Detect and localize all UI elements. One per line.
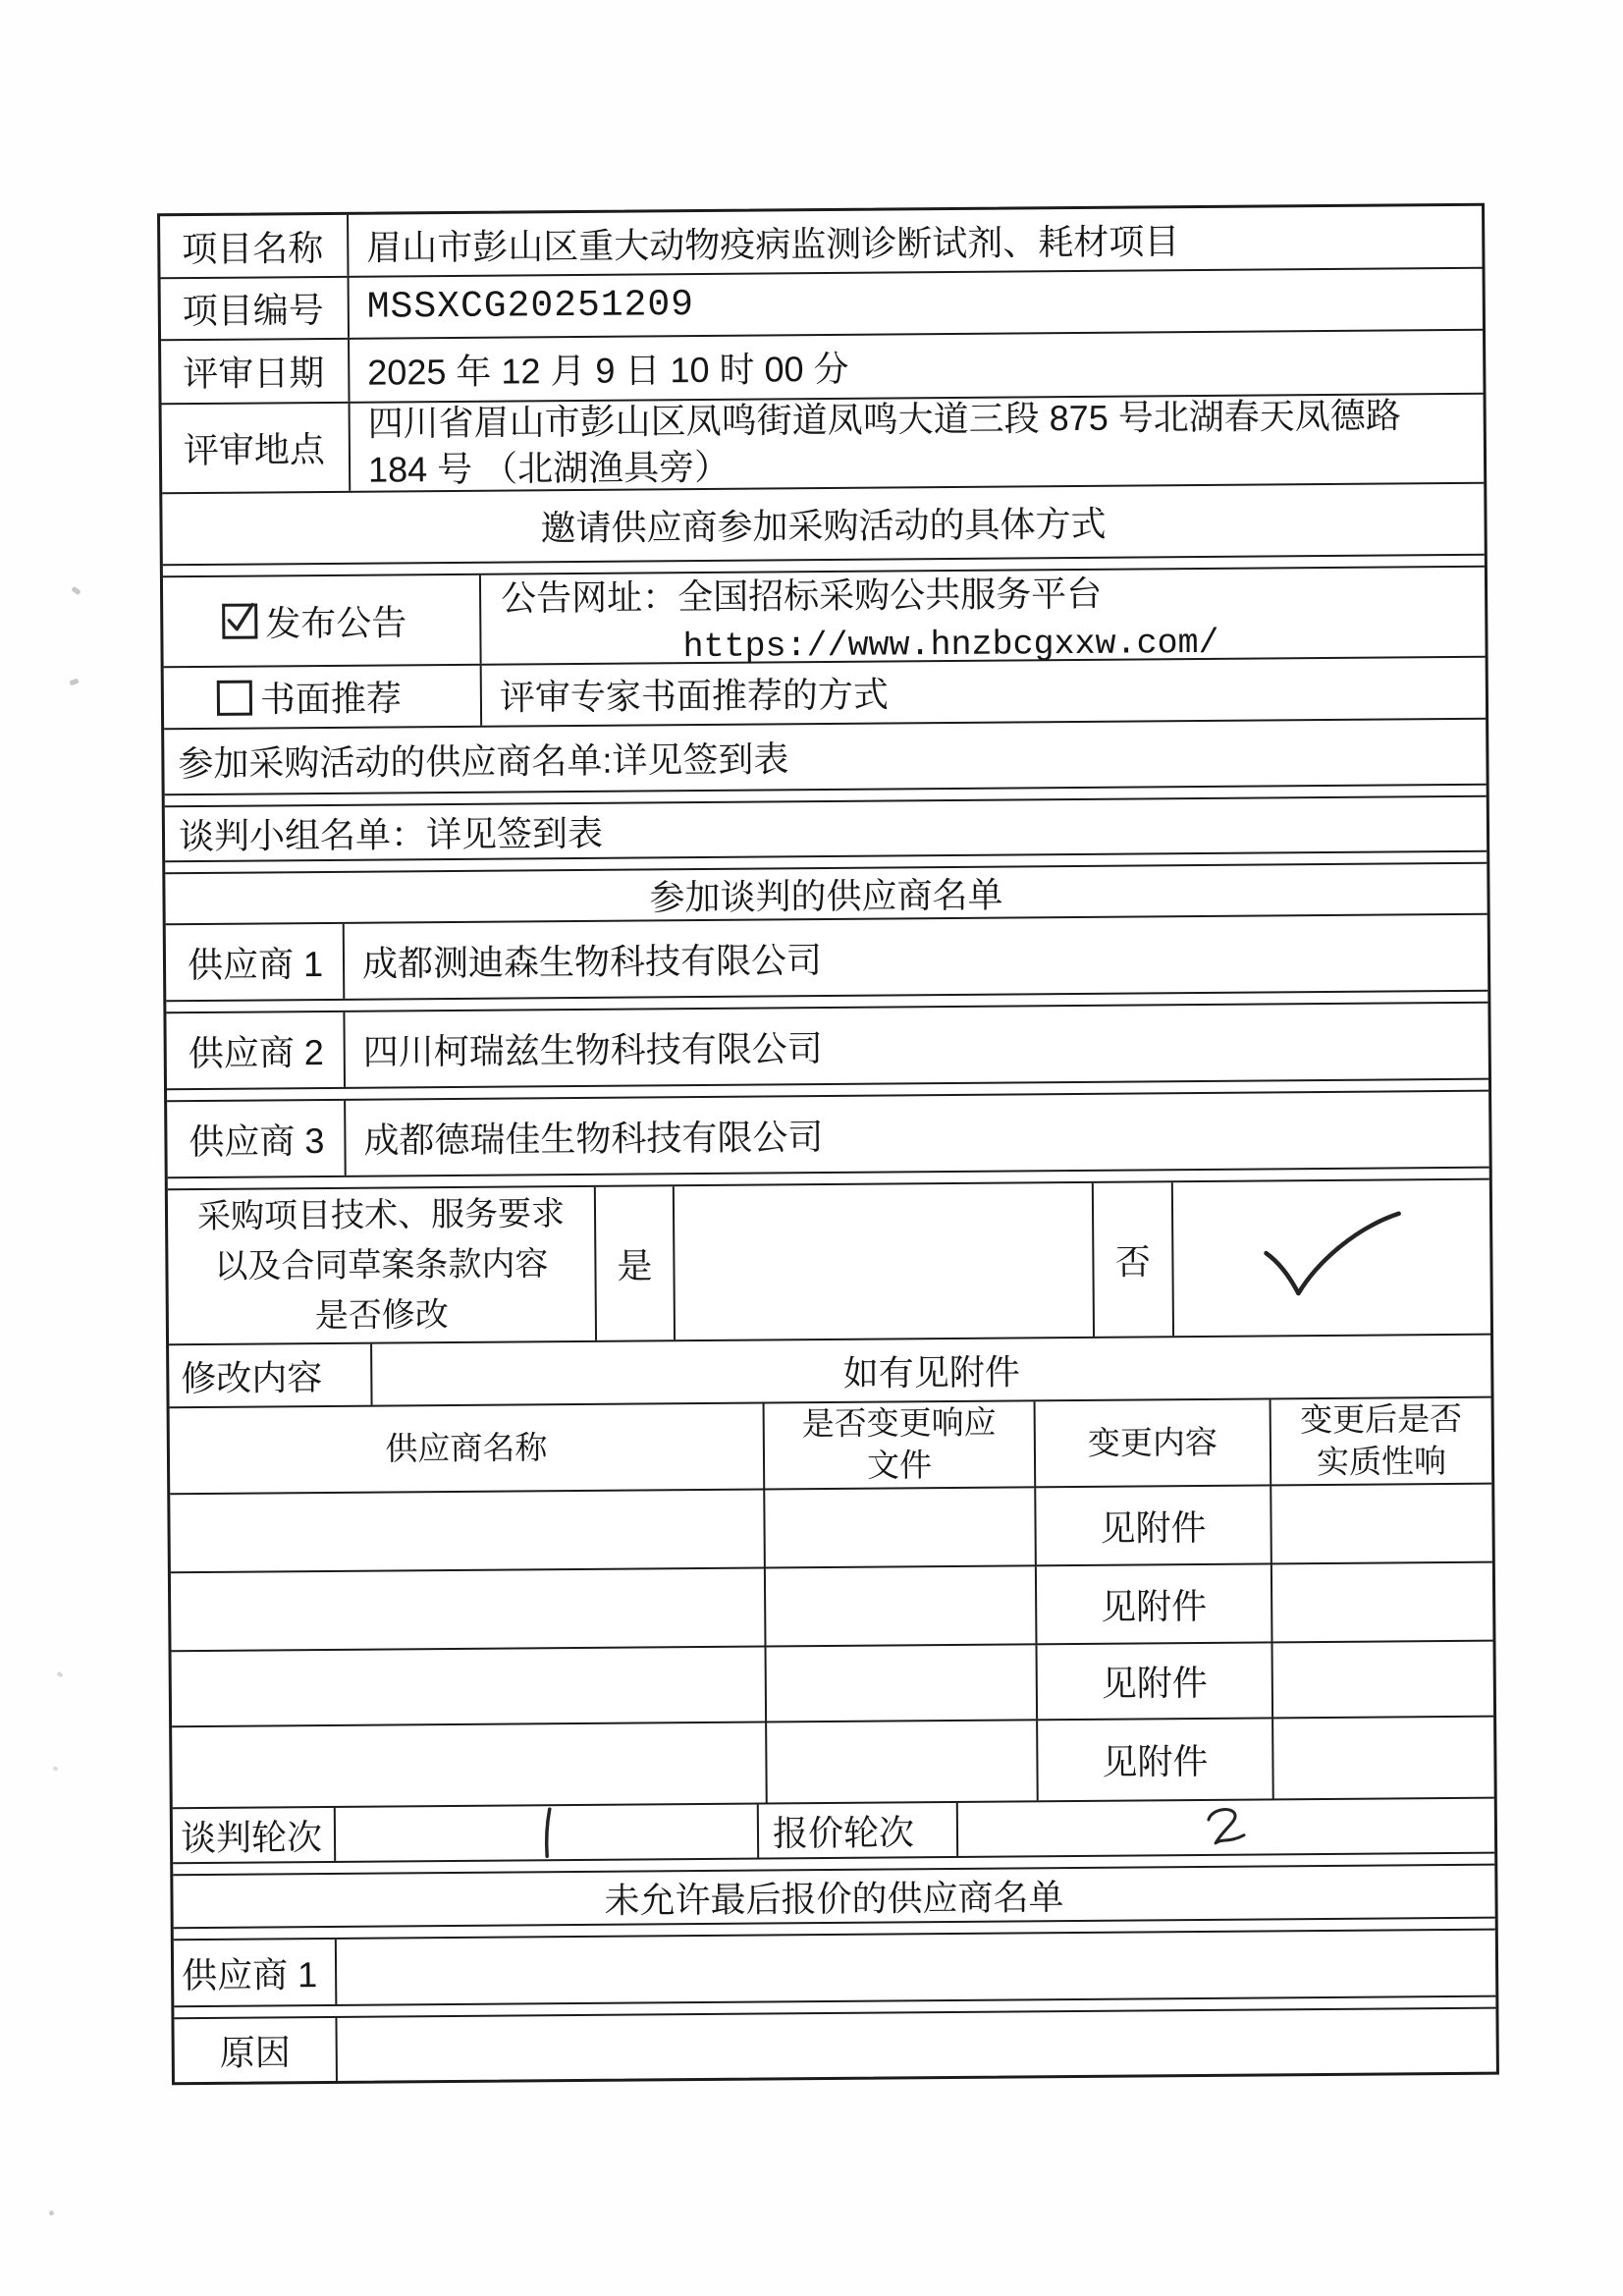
negotiation-rounds-label: 谈判轮次 — [173, 1808, 334, 1862]
project-name-value: 眉山市彭山区重大动物疫病监测诊断试剂、耗材项目 — [347, 206, 1482, 276]
table-row: 评审日期 2025 年 12 月 9 日 10 时 00 分 — [161, 329, 1483, 404]
negotiation-suppliers-title: 参加谈判的供应商名单 — [165, 864, 1487, 924]
rounds-row: 谈判轮次 报价轮次 — [173, 1797, 1494, 1863]
supplier-row: 供应商 2 四川柯瑞兹生物科技有限公司 — [166, 1002, 1488, 1089]
change-table-row: 见附件 — [172, 1716, 1494, 1808]
change-changed-cell — [763, 1488, 1035, 1566]
invite-method-title: 邀请供应商参加采购活动的具体方式 — [162, 484, 1485, 565]
scan-speck — [56, 1671, 63, 1678]
table-row: 邀请供应商参加采购活动的具体方式 — [162, 482, 1485, 565]
checked-checkbox-icon — [222, 604, 257, 639]
project-number-value: MSSXCG20251209 — [348, 269, 1483, 338]
reason-value — [335, 2009, 1495, 2081]
modify-question-row: 采购项目技术、服务要求 以及合同草案条款内容 是否修改 是 否 — [168, 1178, 1490, 1344]
modify-yes-cell — [673, 1183, 1093, 1339]
table-row: 参加采购活动的供应商名单:详见签到表 — [164, 718, 1486, 794]
modify-content-value: 如有见附件 — [370, 1336, 1490, 1405]
change-substantive-cell — [1271, 1563, 1493, 1642]
review-date-label: 评审日期 — [161, 340, 348, 403]
modify-content-row: 修改内容 如有见附件 — [169, 1334, 1490, 1407]
change-header-supplier: 供应商名称 — [170, 1404, 764, 1494]
review-date-value: 2025 年 12 月 9 日 10 时 00 分 — [348, 331, 1483, 402]
announce-detail-cell: 公告网址：全国招标采购公共服务平台 https://www.hnzbcgxxw.… — [479, 568, 1486, 664]
supplier-row: 供应商 1 成都测迪森生物科技有限公司 — [166, 913, 1488, 1001]
change-content-cell: 见附件 — [1036, 1719, 1272, 1800]
evaluation-form-table: 项目名称 眉山市彭山区重大动物疫病监测诊断试剂、耗材项目 项目编号 MSSXCG… — [157, 203, 1499, 2086]
supplier-3-label: 供应商 3 — [167, 1101, 345, 1176]
supplier-1-label: 供应商 1 — [166, 924, 344, 1000]
review-place-label: 评审地点 — [162, 404, 350, 492]
supplier-row: 供应商 3 成都德瑞佳生物科技有限公司 — [167, 1090, 1489, 1177]
participants-note: 参加采购活动的供应商名单:详见签到表 — [164, 720, 1486, 794]
scan-speck — [52, 1766, 58, 1772]
final-supplier-value — [335, 1931, 1495, 2004]
recommend-detail: 评审专家书面推荐的方式 — [480, 658, 1486, 726]
modify-question-label: 采购项目技术、服务要求 以及合同草案条款内容 是否修改 — [168, 1187, 595, 1343]
change-supplier-cell — [172, 1647, 766, 1725]
table-row: 未允许最后报价的供应商名单 — [173, 1864, 1494, 1928]
announce-label: 发布公告 — [265, 595, 406, 646]
supplier-1-value: 成都测迪森生物科技有限公司 — [343, 915, 1488, 999]
modify-no-label: 否 — [1092, 1182, 1172, 1337]
change-header-content: 变更内容 — [1034, 1399, 1271, 1486]
supplier-2-value: 四川柯瑞兹生物科技有限公司 — [343, 1004, 1488, 1087]
project-number-label: 项目编号 — [161, 278, 348, 339]
change-substantive-cell — [1270, 1485, 1492, 1563]
change-header-changed: 是否变更响应 文件 — [763, 1401, 1035, 1488]
change-table-row: 见附件 — [171, 1561, 1493, 1651]
recommend-label: 书面推荐 — [260, 671, 402, 722]
table-row: 项目编号 MSSXCG20251209 — [161, 267, 1483, 340]
final-supplier-label: 供应商 1 — [174, 1940, 336, 2005]
modify-yes-label: 是 — [594, 1186, 674, 1340]
table-row: 评审地点 四川省眉山市彭山区凤鸣街道凤鸣大道三段 875 号北湖春天凤德路 18… — [162, 393, 1485, 493]
modify-content-label: 修改内容 — [169, 1344, 370, 1407]
negotiation-rounds-value — [334, 1805, 757, 1861]
change-changed-cell — [764, 1566, 1036, 1645]
change-supplier-cell — [172, 1722, 766, 1807]
quote-rounds-value — [956, 1799, 1494, 1856]
change-substantive-cell — [1271, 1642, 1493, 1718]
change-changed-cell — [765, 1645, 1037, 1721]
scanned-page: 项目名称 眉山市彭山区重大动物疫病监测诊断试剂、耗材项目 项目编号 MSSXCG… — [0, 0, 1623, 2296]
change-supplier-cell — [170, 1491, 764, 1572]
handwritten-check-icon — [1257, 1202, 1407, 1314]
reason-label: 原因 — [174, 2018, 335, 2082]
table-row: 参加谈判的供应商名单 — [165, 862, 1487, 924]
change-content-cell: 见附件 — [1034, 1486, 1271, 1564]
scan-speck — [48, 2210, 55, 2216]
handwritten-two-mark — [1203, 1806, 1250, 1849]
change-table-row: 见附件 — [170, 1483, 1492, 1572]
panel-note: 谈判小组名单：详见签到表 — [165, 797, 1487, 861]
project-name-label: 项目名称 — [160, 215, 347, 277]
quote-rounds-label: 报价轮次 — [757, 1803, 956, 1858]
table-row: 谈判小组名单：详见签到表 — [165, 795, 1487, 861]
table-row: 项目名称 眉山市彭山区重大动物疫病监测诊断试剂、耗材项目 — [160, 206, 1482, 278]
change-content-cell: 见附件 — [1035, 1643, 1271, 1719]
recommend-row: 书面推荐 评审专家书面推荐的方式 — [164, 656, 1486, 729]
empty-checkbox-icon — [217, 680, 252, 715]
reason-row: 原因 — [174, 2007, 1495, 2083]
recommend-option: 书面推荐 — [164, 666, 480, 729]
change-supplier-cell — [171, 1568, 765, 1650]
scan-speck — [71, 586, 81, 595]
change-table-header-row: 供应商名称 是否变更响应 文件 变更内容 变更后是否 实质性响 — [170, 1396, 1492, 1494]
change-changed-cell — [765, 1721, 1037, 1802]
change-header-substantive: 变更后是否 实质性响 — [1270, 1398, 1492, 1485]
final-quote-title: 未允许最后报价的供应商名单 — [173, 1866, 1494, 1928]
announce-site: 公告网址：全国招标采购公共服务平台 — [491, 563, 1475, 621]
change-content-cell: 见附件 — [1035, 1564, 1271, 1643]
supplier-3-value: 成都德瑞佳生物科技有限公司 — [344, 1092, 1489, 1175]
change-substantive-cell — [1271, 1718, 1494, 1799]
supplier-2-label: 供应商 2 — [166, 1012, 344, 1088]
change-table-row: 见附件 — [172, 1640, 1494, 1726]
final-supplier-row: 供应商 1 — [174, 1929, 1495, 2006]
announce-option: 发布公告 — [163, 575, 480, 667]
scan-speck — [69, 679, 79, 686]
announce-row: 发布公告 公告网址：全国招标采购公共服务平台 https://www.hnzbc… — [163, 566, 1486, 667]
handwritten-one-mark — [538, 1806, 554, 1859]
modify-no-cell — [1171, 1180, 1490, 1337]
review-place-value: 四川省眉山市彭山区凤鸣街道凤鸣大道三段 875 号北湖春天凤德路 184 号 （… — [349, 395, 1485, 491]
